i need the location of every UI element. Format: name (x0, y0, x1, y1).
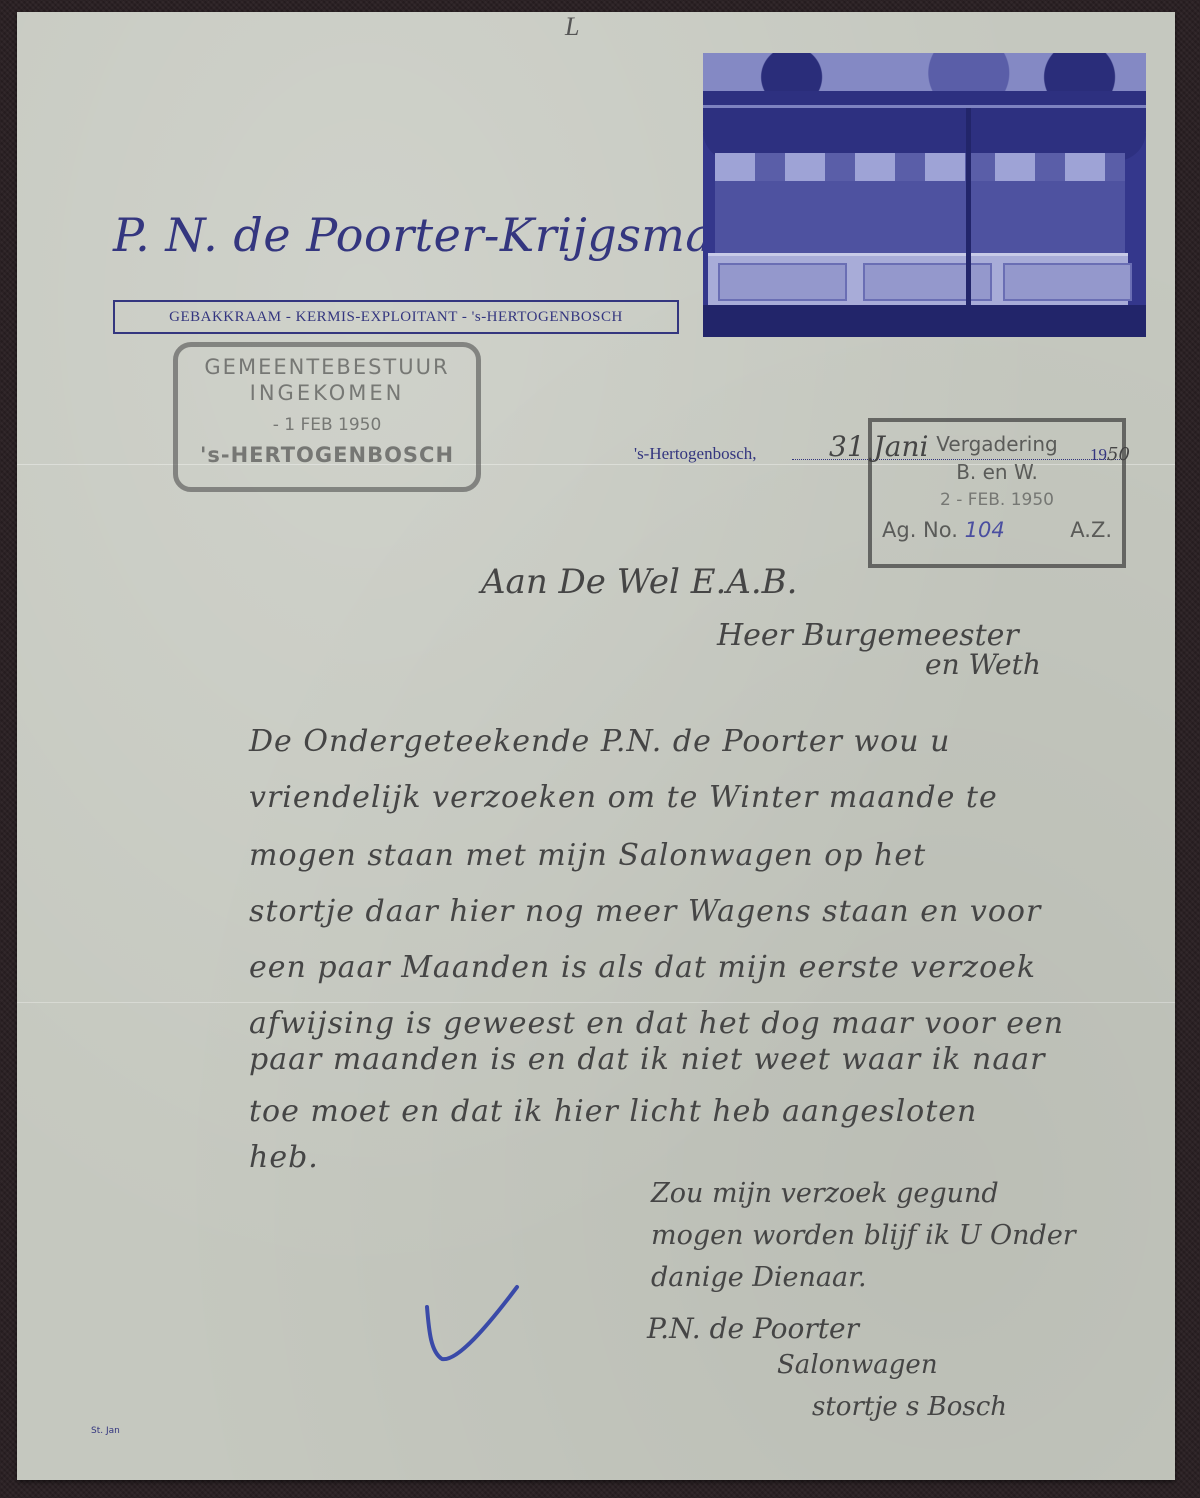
received-stamp: GEMEENTEBESTUUR INGEKOMEN - 1 FEB 1950 '… (173, 342, 481, 492)
stamp-agenda-row: Ag. No. 104 A.Z. (882, 518, 1112, 542)
body-line: afwijsing is geweest en dat het dog maar… (249, 1006, 1064, 1041)
corner-mark: L (565, 12, 579, 42)
photo-ground (703, 305, 1146, 337)
photo-panel (863, 263, 992, 301)
body-line: De Ondergeteekende P.N. de Poorter wou u (249, 724, 950, 759)
body-line: vriendelijk verzoeken om te Winter maand… (249, 780, 998, 815)
body-line: toe moet en dat ik hier licht heb aanges… (249, 1094, 977, 1129)
photo-panel (1003, 263, 1132, 301)
signature: P.N. de Poorter (647, 1312, 859, 1345)
stamp-line: 's-HERTOGENBOSCH (178, 443, 476, 467)
salutation: Aan De Wel E.A.B. (481, 562, 797, 602)
stamp-line: Vergadering (872, 432, 1122, 456)
photo-awning (703, 91, 1146, 161)
date-place: 's-Hertogenbosch, (634, 444, 757, 464)
stamp-line: INGEKOMEN (178, 381, 476, 405)
closing-line: danige Dienaar. (651, 1262, 867, 1293)
tagline-text: GEBAKKRAAM - KERMIS-EXPLOITANT - 's-HERT… (169, 309, 623, 326)
addressee-line: en Weth (925, 648, 1041, 681)
checkmark-icon (417, 1277, 527, 1377)
signature-line: Salonwagen (777, 1350, 938, 1380)
letter-paper: L P. N. de Poorter-Krijgsman en Zonen GE… (17, 12, 1175, 1480)
stamp-line: GEMEENTEBESTUUR (178, 355, 476, 379)
meeting-stamp: Vergadering B. en W. 2 - FEB. 1950 Ag. N… (868, 418, 1126, 568)
stamp-line: B. en W. (872, 460, 1122, 484)
photo-stall-decor (715, 153, 1125, 181)
letterhead-photo (703, 53, 1146, 337)
body-line: mogen staan met mijn Salonwagen op het (249, 838, 926, 873)
photo-pole (966, 108, 971, 308)
signature-line: stortje s Bosch (812, 1392, 1007, 1422)
printer-mark: St. Jan (91, 1426, 120, 1436)
agenda-number: 104 (965, 518, 1005, 542)
paper-fold-line (17, 1002, 1175, 1003)
agenda-label: Ag. No. 104 (882, 518, 1005, 542)
stamp-date: 2 - FEB. 1950 (872, 490, 1122, 510)
closing-line: mogen worden blijf ik U Onder (651, 1220, 1076, 1251)
body-line: heb. (249, 1140, 319, 1175)
az-label: A.Z. (1070, 518, 1112, 542)
photo-awning-trim (703, 105, 1146, 108)
body-line: paar maanden is en dat ik niet weet waar… (249, 1042, 1045, 1077)
body-line: een paar Maanden is als dat mijn eerste … (249, 950, 1036, 985)
closing-line: Zou mijn verzoek gegund (651, 1178, 999, 1209)
letterhead-tagline: GEBAKKRAAM - KERMIS-EXPLOITANT - 's-HERT… (113, 300, 679, 334)
photo-panel (718, 263, 847, 301)
body-line: stortje daar hier nog meer Wagens staan … (249, 894, 1041, 929)
stamp-date: - 1 FEB 1950 (178, 415, 476, 435)
